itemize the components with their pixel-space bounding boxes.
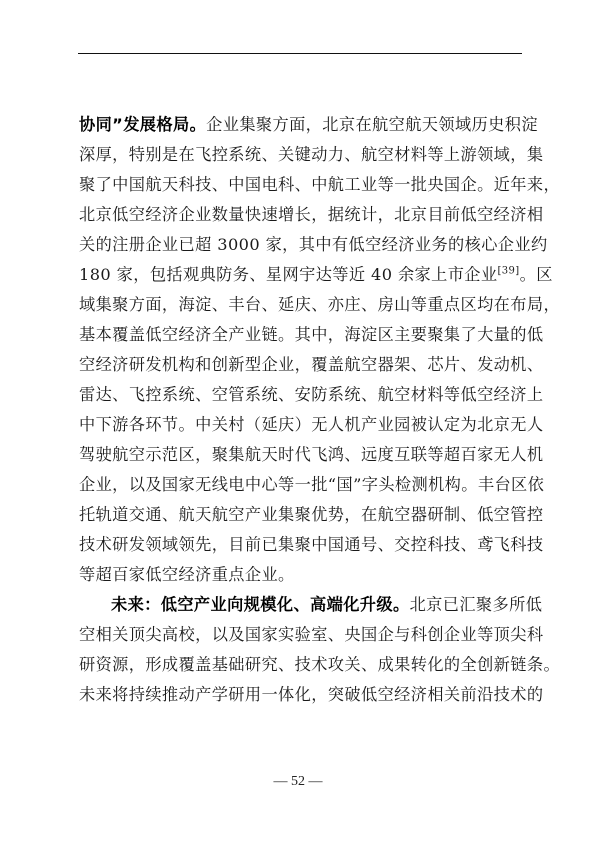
header-rule bbox=[78, 53, 522, 54]
text-span: 。区 bbox=[520, 265, 553, 284]
text-line: 未来将持续推动产学研用一体化，突破低空经济相关前沿技术的 bbox=[79, 680, 522, 710]
text-line: 空经济研发机构和创新型企业，覆盖航空器架、芯片、发动机、 bbox=[79, 350, 522, 380]
text-line: 研资源，形成覆盖基础研究、技术攻关、成果转化的全创新链条。 bbox=[79, 650, 522, 680]
text-span: 180 家，包括观典防务、星网宇达等近 40 余家上市企业 bbox=[79, 265, 497, 284]
text-line: 关的注册企业已超 3000 家，其中有低空经济业务的核心企业约 bbox=[79, 230, 522, 260]
citation-ref: [39] bbox=[497, 266, 519, 277]
text-line: 中下游各环节。中关村（延庆）无人机产业园被认定为北京无人 bbox=[79, 410, 522, 440]
text-line: 等超百家低空经济重点企业。 bbox=[79, 560, 522, 590]
bold-lead-text: 协同”发展格局。 bbox=[79, 115, 206, 134]
text-line: 聚了中国航天科技、中国电科、中航工业等一批央国企。近年来， bbox=[79, 170, 522, 200]
text-line: 深厚，特别是在飞控系统、关键动力、航空材料等上游领域，集 bbox=[79, 140, 522, 170]
text-line: 基本覆盖低空经济全产业链。其中，海淀区主要聚集了大量的低 bbox=[79, 320, 522, 350]
text-line: 空相关顶尖高校，以及国家实验室、央国企与科创企业等顶尖科 bbox=[79, 620, 522, 650]
text-span: 企业集聚方面，北京在航空航天领域历史积淀 bbox=[206, 115, 538, 134]
text-line: 协同”发展格局。企业集聚方面，北京在航空航天领域历史积淀 bbox=[79, 110, 522, 140]
document-body: 协同”发展格局。企业集聚方面，北京在航空航天领域历史积淀 深厚，特别是在飞控系统… bbox=[79, 110, 522, 710]
text-line: 180 家，包括观典防务、星网宇达等近 40 余家上市企业[39]。区 bbox=[79, 260, 522, 290]
text-span: 北京已汇聚多所低 bbox=[410, 595, 543, 614]
text-line: 域集聚方面，海淀、丰台、延庆、亦庄、房山等重点区均在布局， bbox=[79, 290, 522, 320]
text-line: 雷达、飞控系统、空管系统、安防系统、航空材料等低空经济上 bbox=[79, 380, 522, 410]
text-line: 未来：低空产业向规模化、高端化升级。北京已汇聚多所低 bbox=[79, 590, 522, 620]
bold-lead-text: 未来：低空产业向规模化、高端化升级。 bbox=[111, 595, 410, 614]
text-line: 托轨道交通、航天航空产业集聚优势，在航空器研制、低空管控 bbox=[79, 500, 522, 530]
page-number: — 52 — bbox=[0, 774, 596, 790]
text-line: 企业，以及国家无线电中心等一批“国”字头检测机构。丰台区依 bbox=[79, 470, 522, 500]
text-line: 驾驶航空示范区，聚集航天时代飞鸿、远度互联等超百家无人机 bbox=[79, 440, 522, 470]
text-line: 技术研发领域领先，目前已集聚中国通号、交控科技、鸢飞科技 bbox=[79, 530, 522, 560]
text-line: 北京低空经济企业数量快速增长，据统计，北京目前低空经济相 bbox=[79, 200, 522, 230]
